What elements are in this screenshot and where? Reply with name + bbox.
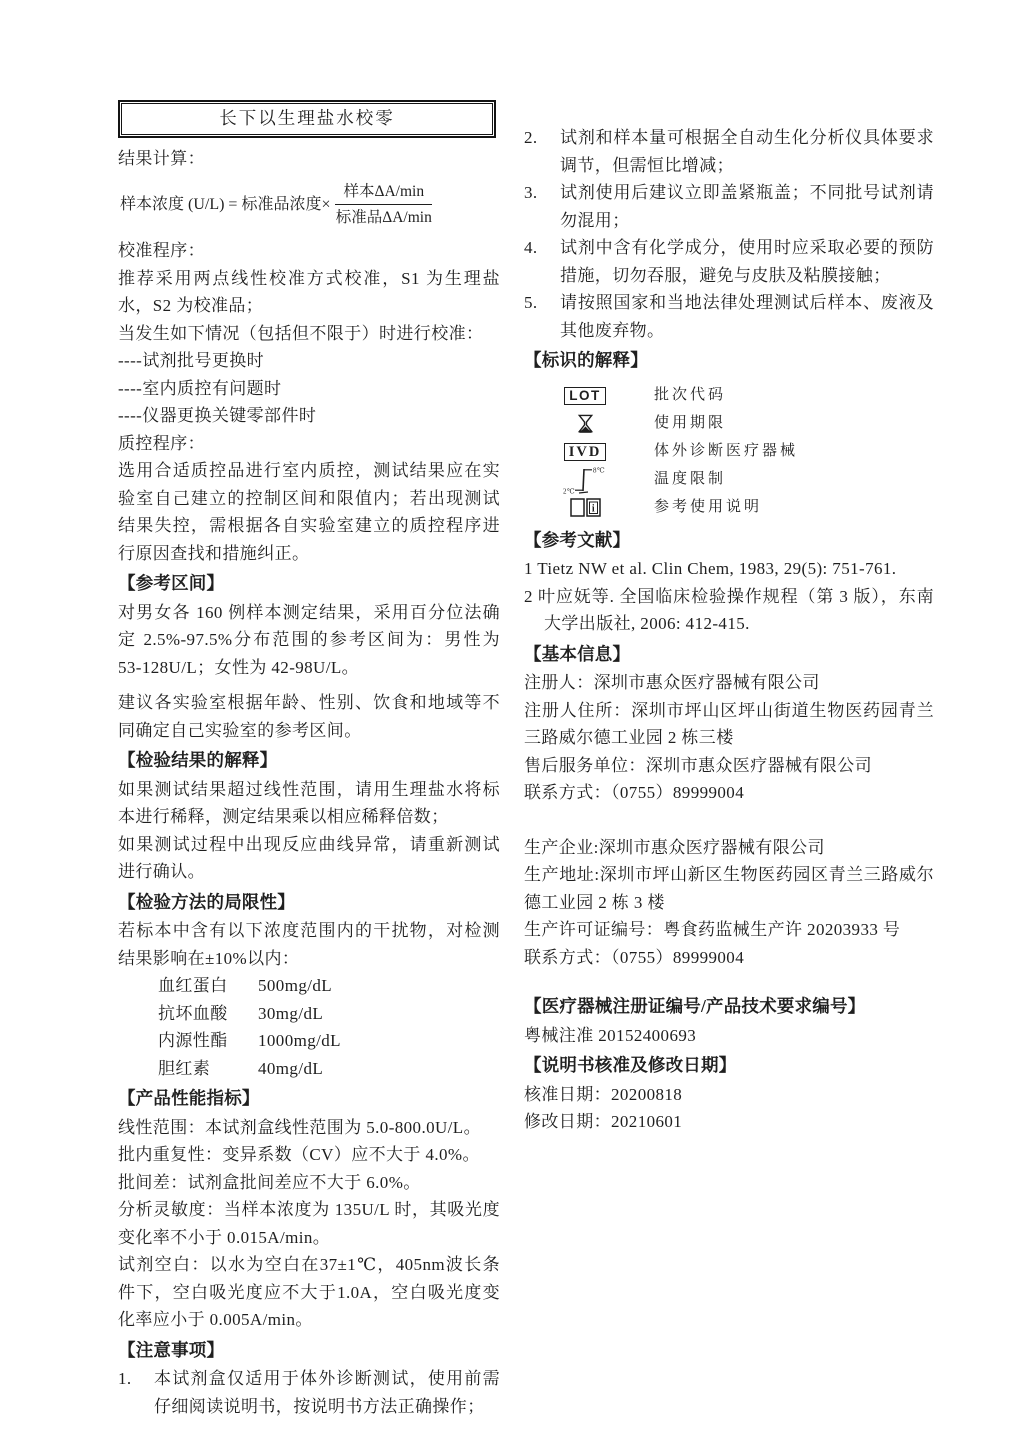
calibration-label: 校准程序： bbox=[118, 237, 500, 265]
limitations-paragraph: 若标本中含有以下浓度范围内的干扰物，对检测结果影响在±10%以内： bbox=[118, 917, 500, 972]
formula-numerator: 样本ΔA/min bbox=[335, 181, 432, 205]
precaution-number: 4. bbox=[524, 234, 560, 289]
interferent-value: 30mg/dL bbox=[258, 1000, 323, 1028]
approval-date: 核准日期：20200818 bbox=[524, 1081, 934, 1109]
reference-item: 2 叶应妩等. 全国临床检验操作规程（第 3 版），东南大学出版社, 2006:… bbox=[524, 583, 934, 638]
section-heading-reference-interval: 【参考区间】 bbox=[118, 570, 500, 598]
formula-fraction: 样本ΔA/min 标准品ΔA/min bbox=[335, 181, 432, 228]
symbol-label: 参考使用说明 bbox=[654, 494, 762, 522]
left-column: 长下以生理盐水校零 结果计算： 样本浓度 (U/L) = 标准品浓度× 样本ΔA… bbox=[118, 100, 500, 1420]
basic-info-line: 联系方式：（0755）89999004 bbox=[524, 779, 934, 807]
precaution-item: 1. 本试剂盒仅适用于体外诊断测试，使用前需仔细阅读说明书，按说明书方法正确操作… bbox=[118, 1365, 500, 1420]
hourglass-icon bbox=[576, 413, 595, 434]
calibration-case: ----室内质控有问题时 bbox=[118, 375, 500, 403]
performance-item: 批内重复性：变异系数（CV）应不大于 4.0%。 bbox=[118, 1141, 500, 1169]
symbol-row-temperature: 8℃ 2℃ 温度限制 bbox=[524, 467, 934, 493]
performance-item: 试剂空白：以水为空白在37±1℃，405nm波长条件下，空白吸光度应不大于1.0… bbox=[118, 1251, 500, 1334]
interferent-name: 胆红素 bbox=[158, 1055, 258, 1083]
symbol-legend: LOT 批次代码 使用期限 IVD 体外诊断医疗器械 bbox=[524, 383, 934, 521]
svg-text:8℃: 8℃ bbox=[593, 466, 605, 474]
section-heading-performance: 【产品性能指标】 bbox=[118, 1085, 500, 1113]
section-heading-symbols: 【标识的解释】 bbox=[524, 347, 934, 375]
reference-item: 1 Tietz NW et al. Clin Chem, 1983, 29(5)… bbox=[524, 555, 934, 583]
section-heading-basic-info: 【基本信息】 bbox=[524, 641, 934, 669]
manufacturer-line: 联系方式：（0755）89999004 bbox=[524, 944, 934, 972]
precaution-number: 2. bbox=[524, 124, 560, 179]
document-page: 长下以生理盐水校零 结果计算： 样本浓度 (U/L) = 标准品浓度× 样本ΔA… bbox=[0, 0, 1024, 1448]
manufacturer-line: 生产许可证编号：粤食药监械生产许 20203933 号 bbox=[524, 916, 934, 944]
manufacturer-line: 生产企业:深圳市惠众医疗器械有限公司 bbox=[524, 834, 934, 862]
symbol-row-consult-ifu: i 参考使用说明 bbox=[524, 495, 934, 521]
basic-info-line: 注册人：深圳市惠众医疗器械有限公司 bbox=[524, 669, 934, 697]
precaution-number: 3. bbox=[524, 179, 560, 234]
symbol-row-expiry: 使用期限 bbox=[524, 411, 934, 437]
lot-icon: LOT bbox=[564, 387, 606, 405]
section-heading-result-interpretation: 【检验结果的解释】 bbox=[118, 747, 500, 775]
section-heading-dates: 【说明书核准及修改日期】 bbox=[524, 1052, 934, 1080]
basic-info-line: 售后服务单位：深圳市惠众医疗器械有限公司 bbox=[524, 752, 934, 780]
calibration-paragraph: 推荐采用两点线性校准方式校准，S1 为生理盐水，S2 为校准品； bbox=[118, 265, 500, 320]
precaution-text: 试剂中含有化学成分，使用时应采取必要的预防措施，切勿吞服，避免与皮肤及粘膜接触； bbox=[560, 234, 934, 289]
section-heading-precautions: 【注意事项】 bbox=[118, 1337, 500, 1365]
manufacturer-line: 生产地址:深圳市坪山新区生物医药园区青兰三路威尔德工业园 2 栋 3 楼 bbox=[524, 861, 934, 916]
qc-paragraph: 选用合适质控品进行室内质控，测试结果应在实验室自己建立的控制区间和限值内；若出现… bbox=[118, 457, 500, 567]
formula-denominator: 标准品ΔA/min bbox=[335, 205, 432, 228]
interferent-row: 内源性酯 1000mg/dL bbox=[118, 1027, 500, 1055]
performance-item: 批间差：试剂盒批间差应不大于 6.0%。 bbox=[118, 1169, 500, 1197]
boxed-note: 长下以生理盐水校零 bbox=[118, 100, 496, 138]
symbol-row-lot: LOT 批次代码 bbox=[524, 383, 934, 409]
qc-label: 质控程序： bbox=[118, 430, 500, 458]
symbol-row-ivd: IVD 体外诊断医疗器械 bbox=[524, 439, 934, 465]
interferent-value: 40mg/dL bbox=[258, 1055, 323, 1083]
result-formula: 样本浓度 (U/L) = 标准品浓度× 样本ΔA/min 标准品ΔA/min bbox=[120, 181, 500, 228]
interpretation-paragraph: 如果测试过程中出现反应曲线异常，请重新测试进行确认。 bbox=[118, 831, 500, 886]
interpretation-paragraph: 如果测试结果超过线性范围，请用生理盐水将标本进行稀释，测定结果乘以相应稀释倍数； bbox=[118, 776, 500, 831]
revision-date: 修改日期：20210601 bbox=[524, 1108, 934, 1136]
formula-lhs: 样本浓度 (U/L) = 标准品浓度× bbox=[120, 191, 330, 219]
reference-interval-paragraph: 建议各实验室根据年龄、性别、饮食和地域等不同确定自己实验室的参考区间。 bbox=[118, 689, 500, 744]
precaution-number: 5. bbox=[524, 289, 560, 344]
interferent-name: 血红蛋白 bbox=[158, 972, 258, 1000]
right-column: 2. 试剂和样本量可根据全自动生化分析仪具体要求调节，但需恒比增减； 3. 试剂… bbox=[524, 124, 934, 1136]
registration-number: 粤械注准 20152400693 bbox=[524, 1022, 934, 1050]
symbol-label: 使用期限 bbox=[654, 410, 726, 438]
boxed-note-text: 长下以生理盐水校零 bbox=[121, 103, 493, 135]
precaution-text: 本试剂盒仅适用于体外诊断测试，使用前需仔细阅读说明书，按说明书方法正确操作； bbox=[154, 1365, 500, 1420]
precaution-number: 1. bbox=[118, 1365, 154, 1420]
interferent-name: 抗坏血酸 bbox=[158, 1000, 258, 1028]
symbol-label: 批次代码 bbox=[654, 382, 726, 410]
interferent-name: 内源性酯 bbox=[158, 1027, 258, 1055]
reference-interval-paragraph: 对男女各 160 例样本测定结果，采用百分位法确定 2.5%-97.5%分布范围… bbox=[118, 599, 500, 682]
interferent-value: 500mg/dL bbox=[258, 972, 332, 1000]
result-calc-label: 结果计算： bbox=[118, 145, 500, 173]
section-heading-registration-number: 【医疗器械注册证编号/产品技术要求编号】 bbox=[524, 993, 934, 1021]
section-heading-method-limitations: 【检验方法的局限性】 bbox=[118, 889, 500, 917]
interferent-row: 胆红素 40mg/dL bbox=[118, 1055, 500, 1083]
interferent-row: 血红蛋白 500mg/dL bbox=[118, 972, 500, 1000]
calibration-case: ----仪器更换关键零部件时 bbox=[118, 402, 500, 430]
precaution-item: 5. 请按照国家和当地法律处理测试后样本、废液及其他废弃物。 bbox=[524, 289, 934, 344]
booklet-icon: i bbox=[570, 497, 601, 518]
svg-text:i: i bbox=[591, 504, 594, 515]
svg-text:2℃: 2℃ bbox=[563, 487, 575, 495]
ivd-icon: IVD bbox=[564, 443, 607, 461]
precaution-text: 试剂和样本量可根据全自动生化分析仪具体要求调节，但需恒比增减； bbox=[560, 124, 934, 179]
symbol-label: 体外诊断医疗器械 bbox=[654, 438, 798, 466]
performance-item: 线性范围：本试剂盒线性范围为 5.0-800.0U/L。 bbox=[118, 1114, 500, 1142]
precaution-item: 2. 试剂和样本量可根据全自动生化分析仪具体要求调节，但需恒比增减； bbox=[524, 124, 934, 179]
symbol-label: 温度限制 bbox=[654, 466, 726, 494]
temperature-limit-icon: 8℃ 2℃ bbox=[563, 465, 607, 495]
precaution-text: 请按照国家和当地法律处理测试后样本、废液及其他废弃物。 bbox=[560, 289, 934, 344]
basic-info-line: 注册人住所：深圳市坪山区坪山街道生物医药园青兰三路威尔德工业园 2 栋三楼 bbox=[524, 697, 934, 752]
interferent-value: 1000mg/dL bbox=[258, 1027, 341, 1055]
calibration-paragraph: 当发生如下情况（包括但不限于）时进行校准： bbox=[118, 320, 500, 348]
performance-item: 分析灵敏度：当样本浓度为 135U/L 时，其吸光度变化率不小于 0.015A/… bbox=[118, 1196, 500, 1251]
section-heading-references: 【参考文献】 bbox=[524, 527, 934, 555]
precaution-item: 4. 试剂中含有化学成分，使用时应采取必要的预防措施，切勿吞服，避免与皮肤及粘膜… bbox=[524, 234, 934, 289]
interferent-row: 抗坏血酸 30mg/dL bbox=[118, 1000, 500, 1028]
precaution-text: 试剂使用后建议立即盖紧瓶盖；不同批号试剂请勿混用； bbox=[560, 179, 934, 234]
precaution-item: 3. 试剂使用后建议立即盖紧瓶盖；不同批号试剂请勿混用； bbox=[524, 179, 934, 234]
calibration-case: ----试剂批号更换时 bbox=[118, 347, 500, 375]
